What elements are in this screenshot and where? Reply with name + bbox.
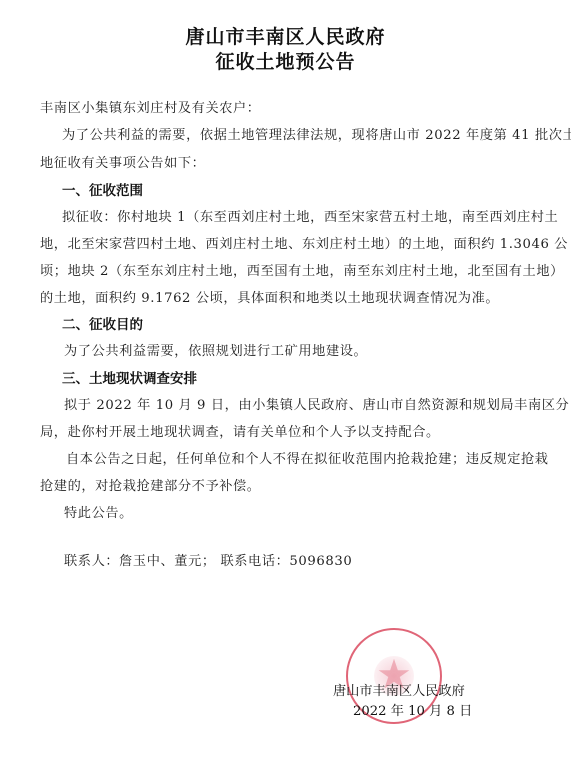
- contact-info: 联系人：詹玉中、董元； 联系电话：5096830: [64, 550, 352, 569]
- notice-line-1: 自本公告之日起，任何单位和个人不得在拟征收范围内抢栽抢建；违反规定抢栽: [66, 448, 549, 467]
- section-3-line-2: 局，赴你村开展土地现状调查，请有关单位和个人予以支持配合。: [40, 421, 440, 440]
- section-1-heading: 一、征收范围: [62, 179, 143, 199]
- section-3-heading: 三、土地现状调查安排: [62, 367, 197, 387]
- document-title-line1: 唐山市丰南区人民政府: [0, 22, 571, 49]
- addressee: 丰南区小集镇东刘庄村及有关农户：: [40, 97, 261, 116]
- section-3-line-1: 拟于 2022 年 10 月 9 日，由小集镇人民政府、唐山市自然资源和规划局丰…: [64, 394, 569, 413]
- closing-text: 特此公告。: [64, 502, 133, 521]
- intro-line-1: 为了公共利益的需要，依据土地管理法律法规，现将唐山市 2022 年度第 41 批…: [62, 124, 571, 143]
- document-title-line2: 征收土地预公告: [0, 47, 571, 74]
- section-1-line-3: 顷；地块 2（东至东刘庄村土地，西至国有土地，南至东刘庄村土地，北至国有土地）: [40, 260, 564, 279]
- section-2-heading: 二、征收目的: [62, 313, 143, 333]
- section-1-line-2: 地，北至宋家营四村土地、西刘庄村土地、东刘庄村土地）的土地，面积约 1.3046…: [40, 233, 568, 252]
- notice-line-2: 抢建的，对抢栽抢建部分不予补偿。: [40, 475, 261, 494]
- issuer-name: 唐山市丰南区人民政府: [333, 680, 465, 699]
- intro-line-2: 地征收有关事项公告如下：: [40, 152, 205, 171]
- section-1-line-4: 的土地，面积约 9.1762 公顷，具体面积和地类以土地现状调查情况为准。: [40, 287, 499, 306]
- issue-date: 2022 年 10 月 8 日: [353, 700, 472, 719]
- section-2-line-1: 为了公共利益需要，依照规划进行工矿用地建设。: [64, 340, 367, 359]
- section-1-line-1: 拟征收：你村地块 1（东至西刘庄村土地，西至宋家营五村土地，南至西刘庄村土: [62, 206, 558, 225]
